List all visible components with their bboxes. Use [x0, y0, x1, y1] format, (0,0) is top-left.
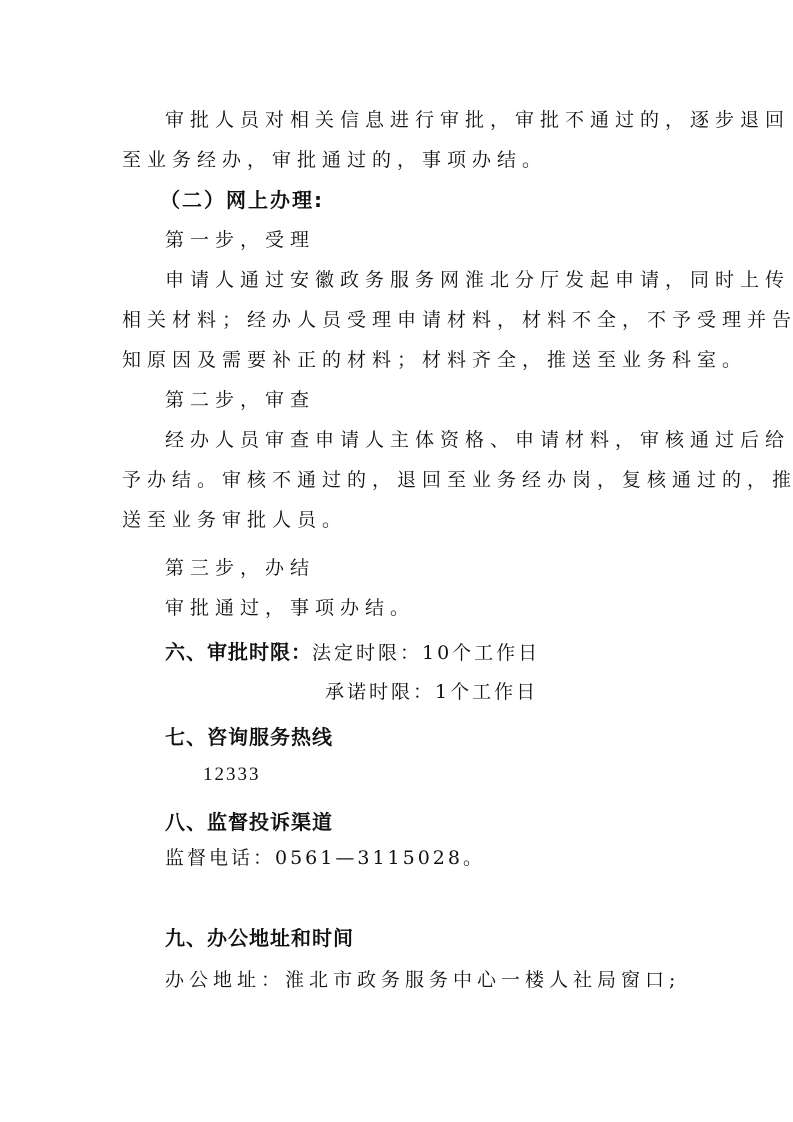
- section-7-title: 七、咨询服务热线: [165, 725, 333, 749]
- section-6-title: 六、审批时限：: [165, 640, 312, 664]
- promised-time-limit: 承诺时限：1个工作日: [325, 680, 538, 704]
- step-title: 第二步，审查: [165, 388, 315, 412]
- paragraph-line: 予办结。审核不通过的，退回至业务经办岗，复核通过的，推: [122, 468, 793, 492]
- paragraph-line: 相关材料；经办人员受理申请材料，材料不全，不予受理并告: [122, 308, 793, 332]
- step-title: 第一步，受理: [165, 228, 315, 252]
- supervision-phone: 监督电话：0561—3115028。: [165, 846, 485, 870]
- hotline-number: 12333: [203, 763, 261, 787]
- paragraph-line: 至业务经办，审批通过的，事项办结。: [122, 148, 547, 172]
- paragraph-line: 送至业务审批人员。: [122, 508, 347, 532]
- paragraph-line: 申请人通过安徽政务服务网淮北分厅发起申请，同时上传: [165, 268, 790, 292]
- step-title: 第三步，办结: [165, 556, 315, 580]
- subsection-heading: （二）网上办理:: [160, 188, 324, 212]
- paragraph-line: 审批通过，事项办结。: [165, 596, 415, 620]
- paragraph-line: 知原因及需要补正的材料；材料齐全，推送至业务科室。: [122, 348, 747, 372]
- office-address: 办公地址：淮北市政务服务中心一楼人社局窗口;: [165, 968, 680, 992]
- section-8-title: 八、监督投诉渠道: [165, 810, 333, 834]
- paragraph-line: 审批人员对相关信息进行审批，审批不通过的，逐步退回: [165, 108, 790, 132]
- legal-time-limit: 法定时限：10个工作日: [312, 642, 540, 664]
- section-6: 六、审批时限：法定时限：10个工作日: [165, 640, 540, 665]
- paragraph-line: 经办人员审查申请人主体资格、申请材料，审核通过后给: [165, 428, 790, 452]
- section-9-title: 九、办公地址和时间: [165, 926, 354, 950]
